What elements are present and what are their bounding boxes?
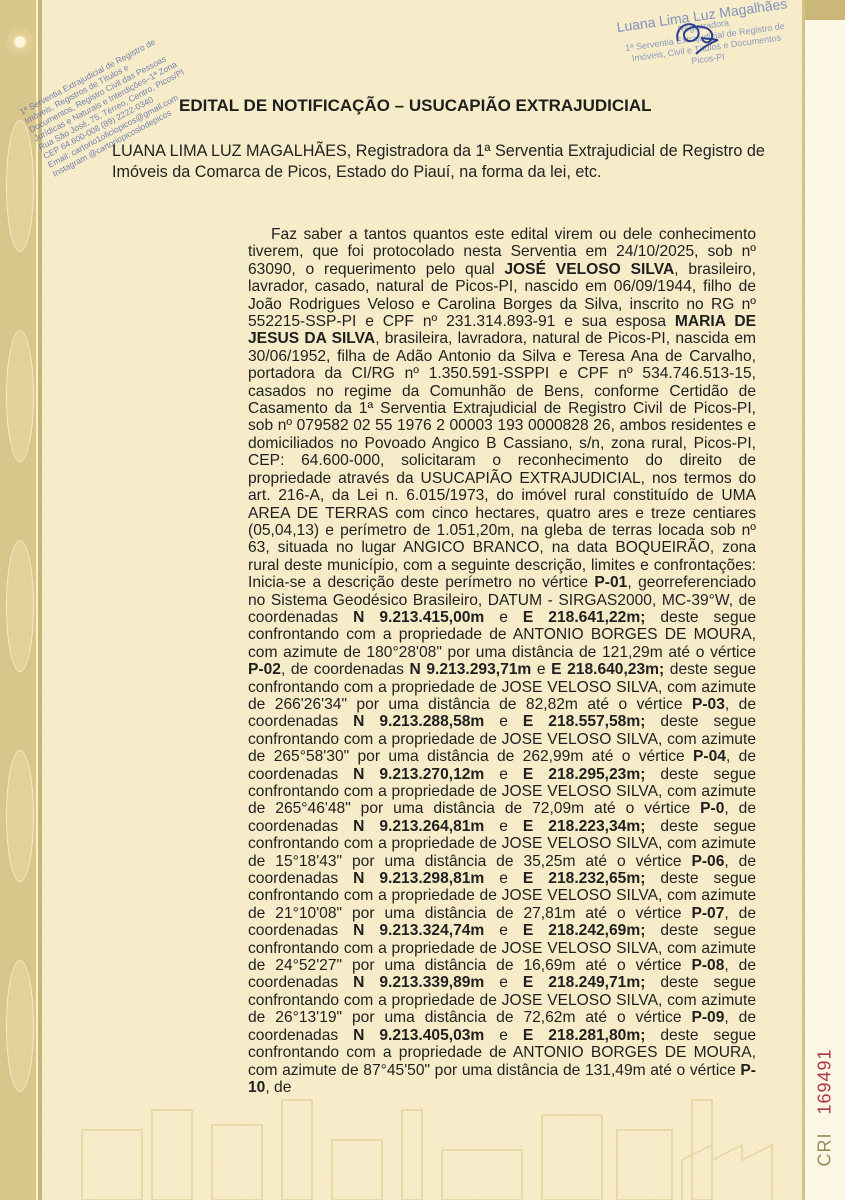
document-intro: LUANA LIMA LUZ MAGALHÃES, Registradora d… [112,141,812,183]
body-text: , brasileira, lavradora, natural de Pico… [248,330,756,591]
serial-prefix: CRI [815,1132,835,1166]
emphasized-text: N 9.213.298,81m [353,870,484,887]
body-text: e [484,922,523,939]
coat-of-arms-icon [4,26,36,58]
emphasized-text: N 9.213.270,12m [353,766,484,783]
emphasized-text: N 9.213.339,89m [353,974,484,991]
emphasized-text: P-0 [700,800,724,817]
document-body: Faz saber a tantos quantos este edital v… [248,226,756,1096]
emphasized-text: E 218.641,22m; [523,609,645,626]
emphasized-text: P-06 [691,853,724,870]
body-text: e [484,713,523,730]
body-text: e [484,1027,523,1044]
emphasized-text: P-02 [248,661,281,678]
emphasized-text: E 218.249,71m; [523,974,645,991]
ornament-leaf [6,750,34,882]
body-text: e [531,661,551,678]
emphasized-text: E 218.242,69m; [523,922,645,939]
emphasized-text: N 9.213.415,00m [353,609,484,626]
ornament-leaf [6,120,34,252]
emphasized-text: P-09 [691,1009,724,1026]
serial-value: 169491 [815,1048,835,1114]
ornament-leaf [6,960,34,1092]
body-text: e [484,609,523,626]
emphasized-text: N 9.213.264,81m [353,818,484,835]
emphasized-text: P-08 [691,957,724,974]
emphasized-text: E 218.281,80m; [523,1027,645,1044]
emphasized-text: N 9.213.288,58m [353,713,484,730]
body-text: , de [265,1079,291,1096]
emphasized-text: JOSÉ VELOSO SILVA [504,261,674,278]
emphasized-text: E 218.232,65m; [523,870,645,887]
emphasized-text: P-07 [691,905,724,922]
emphasized-text: N 9.213.324,74m [353,922,484,939]
emphasized-text: E 218.557,58m; [523,713,645,730]
emphasized-text: P-01 [594,574,627,591]
emphasized-text: E 218.295,23m; [523,766,645,783]
emphasized-text: N 9.213.293,71m [410,661,532,678]
signature-icon [668,16,728,56]
emphasized-text: P-04 [693,748,726,765]
body-text: e [484,870,523,887]
body-text: e [484,766,523,783]
ornament-leaf [6,330,34,462]
emphasized-text: P-03 [692,696,725,713]
document-title: EDITAL DE NOTIFICAÇÃO – USUCAPIÃO EXTRAJ… [179,96,652,116]
emphasized-text: N 9.213.405,03m [353,1027,484,1044]
emphasized-text: E 218.640,23m; [551,661,664,678]
serial-number: CRI169491 [811,1022,839,1192]
skyline-watermark-icon [42,1090,805,1200]
body-text: , de coordenadas [281,661,410,678]
body-text: e [484,818,523,835]
ornament-leaf [6,540,34,672]
body-text: e [484,974,523,991]
left-decorative-border [0,0,42,1200]
emphasized-text: E 218.223,34m; [523,818,645,835]
